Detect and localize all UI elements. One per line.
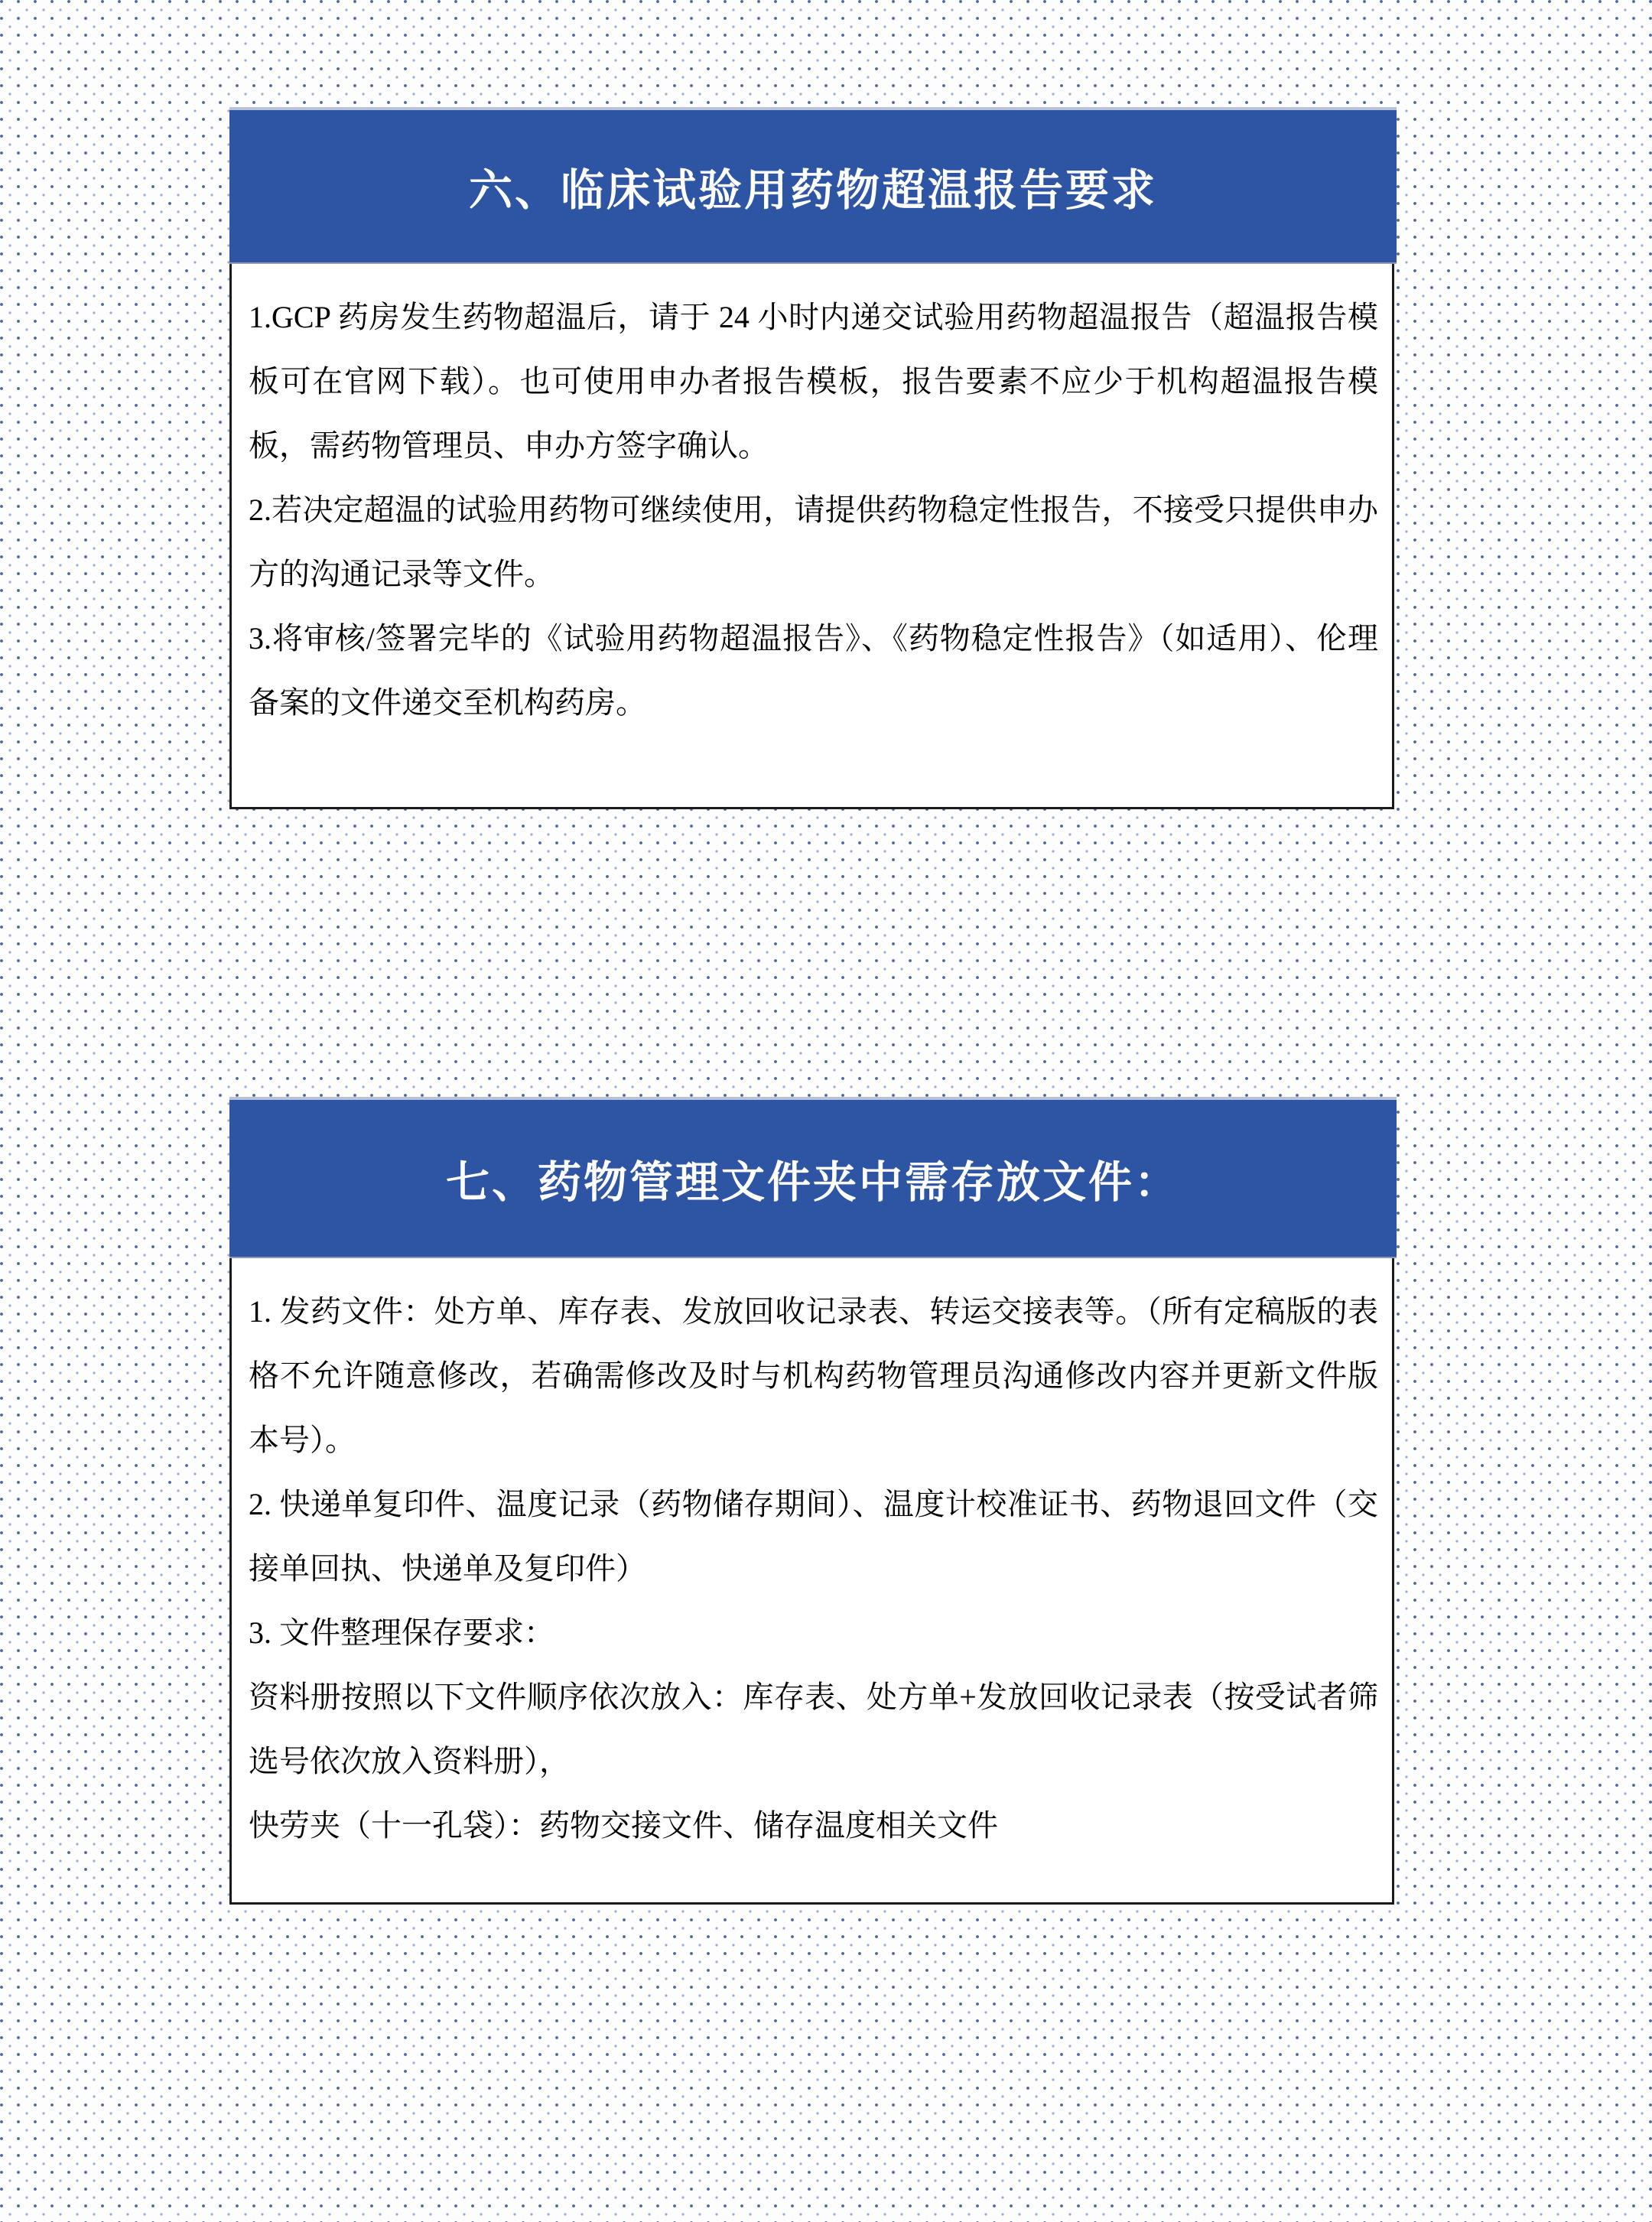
section-overtemp-report: 六、临床试验用药物超温报告要求 1.GCP 药房发生药物超温后，请于 24 小时… [229,107,1394,809]
overtemp-paragraph-3: 3.将审核/签署完毕的《试验用药物超温报告》、《药物稳定性报告》（如适用）、伦理… [249,607,1378,735]
folder-paragraph-1: 1. 发药文件：处方单、库存表、发放回收记录表、转运交接表等。（所有定稿版的表格… [249,1280,1378,1472]
overtemp-paragraph-1: 1.GCP 药房发生药物超温后，请于 24 小时内递交试验用药物超温报告（超温报… [249,285,1378,478]
section-folder-title: 七、药物管理文件夹中需存放文件： [446,1147,1180,1210]
document-page: 六、临床试验用药物超温报告要求 1.GCP 药房发生药物超温后，请于 24 小时… [0,0,1652,2222]
folder-paragraph-3: 3. 文件整理保存要求： [249,1601,1378,1665]
section-overtemp-title: 六、临床试验用药物超温报告要求 [469,155,1157,218]
section-folder-files: 七、药物管理文件夹中需存放文件： 1. 发药文件：处方单、库存表、发放回收记录表… [229,1097,1394,1905]
section-folder-header-banner: 七、药物管理文件夹中需存放文件： [229,1097,1397,1258]
overtemp-paragraph-2: 2.若决定超温的试验用药物可继续使用，请提供药物稳定性报告，不接受只提供申办方的… [249,478,1378,607]
folder-paragraph-2: 2. 快递单复印件、温度记录（药物储存期间）、温度计校准证书、药物退回文件（交接… [249,1472,1378,1601]
folder-paragraph-5: 快劳夹（十一孔袋）：药物交接文件、储存温度相关文件 [249,1794,1378,1858]
section-overtemp-header-banner: 六、临床试验用药物超温报告要求 [229,107,1397,264]
section-folder-body: 1. 发药文件：处方单、库存表、发放回收记录表、转运交接表等。（所有定稿版的表格… [229,1258,1394,1905]
section-overtemp-body: 1.GCP 药房发生药物超温后，请于 24 小时内递交试验用药物超温报告（超温报… [229,264,1394,809]
folder-paragraph-4: 资料册按照以下文件顺序依次放入：库存表、处方单+发放回收记录表（按受试者筛选号依… [249,1665,1378,1794]
